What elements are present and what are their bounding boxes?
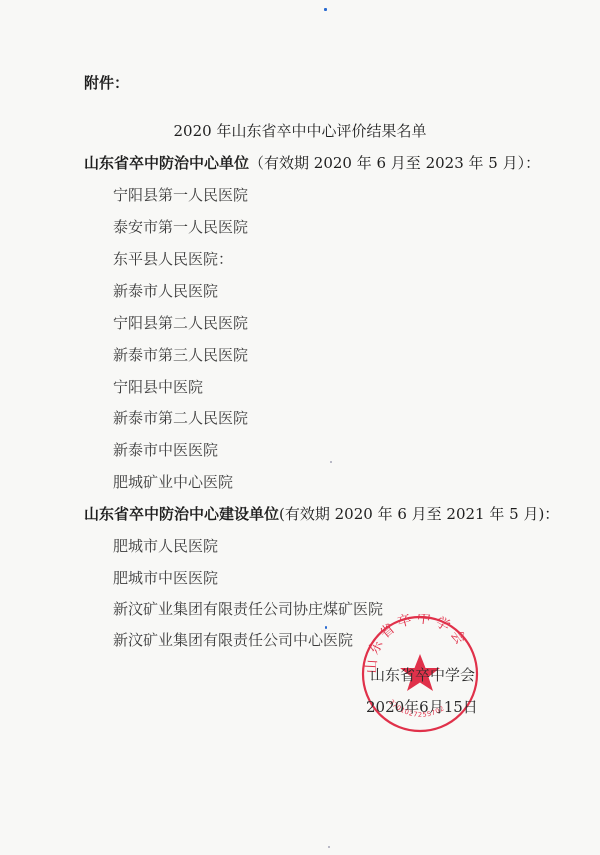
attachment-label: 附件： xyxy=(84,72,129,93)
list-item: 新泰市人民医院 xyxy=(113,280,218,301)
list-item: 泰安市第一人民医院 xyxy=(113,216,248,237)
scan-speck xyxy=(328,846,330,848)
signature-date: 2020年6月15日 xyxy=(366,696,478,717)
list-item: 宁阳县第二人民医院 xyxy=(113,312,248,333)
section-heading-validity: （有效期 2020 年 6 月至 2023 年 5 月）： xyxy=(249,154,540,172)
list-item: 宁阳县第一人民医院 xyxy=(113,184,248,205)
signature-organization: 山东省卒中学会 xyxy=(370,664,475,685)
section-heading-prevention-centers: 山东省卒中防治中心单位（有效期 2020 年 6 月至 2023 年 5 月）： xyxy=(84,152,540,173)
list-item: 新泰市第三人民医院 xyxy=(113,344,248,365)
list-item: 肥城市人民医院 xyxy=(113,535,218,556)
scan-speck xyxy=(330,461,332,463)
list-item: 肥城矿业中心医院 xyxy=(113,471,233,492)
section-heading-bold: 山东省卒中防治中心单位 xyxy=(84,154,249,172)
list-item: 新汶矿业集团有限责任公司协庄煤矿医院 xyxy=(113,598,383,619)
scanned-document-page: 附件： 2020 年山东省卒中中心评价结果名单 山东省卒中防治中心单位（有效期 … xyxy=(0,0,600,855)
section-heading-validity: (有效期 2020 年 6 月至 2021 年 5 月)： xyxy=(279,505,559,523)
list-item: 东平县人民医院： xyxy=(113,248,233,269)
scan-mark xyxy=(325,626,327,629)
list-item: 新泰市第二人民医院 xyxy=(113,407,248,428)
scan-mark xyxy=(324,8,327,11)
section-heading-bold: 山东省卒中防治中心建设单位 xyxy=(84,505,279,523)
list-item: 肥城市中医医院 xyxy=(113,567,218,588)
list-item: 宁阳县中医院 xyxy=(113,376,203,397)
list-item: 新汶矿业集团有限责任公司中心医院 xyxy=(113,629,353,650)
list-item: 新泰市中医医院 xyxy=(113,439,218,460)
section-heading-construction-units: 山东省卒中防治中心建设单位(有效期 2020 年 6 月至 2021 年 5 月… xyxy=(84,503,559,524)
document-title: 2020 年山东省卒中中心评价结果名单 xyxy=(0,120,600,141)
